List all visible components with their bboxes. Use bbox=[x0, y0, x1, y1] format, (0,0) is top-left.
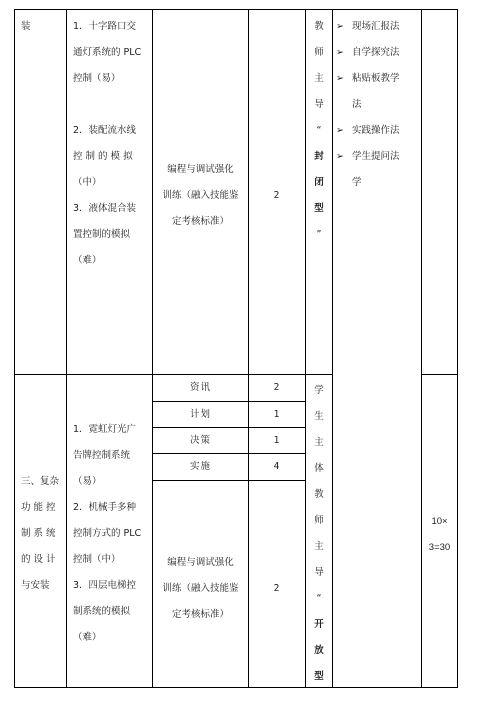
task-line: 控制（易） bbox=[73, 66, 151, 92]
mode-char: 学 bbox=[306, 378, 332, 404]
module-line: 制 系 统 bbox=[21, 521, 66, 547]
training-content: 编程与调试强化 训练（融入技能鉴 定考核标准） bbox=[153, 157, 248, 235]
arrow-bullet-icon: ➢ bbox=[336, 66, 352, 92]
task-line: （难） bbox=[73, 625, 151, 651]
method-item-cont: 法 bbox=[336, 92, 421, 118]
task-line: 控 制 的 模 拟 bbox=[73, 144, 151, 170]
task-line: 1．霓虹灯光广 bbox=[73, 417, 151, 443]
method-item: ➢现场汇报法 bbox=[336, 14, 421, 40]
total-hours: 10× 3=30 bbox=[422, 509, 457, 561]
arrow-bullet-icon: ➢ bbox=[336, 118, 352, 144]
module-name-tail: 装 bbox=[21, 14, 32, 40]
task-line: 制系统的模拟 bbox=[73, 599, 151, 625]
mode-char: 生 bbox=[306, 404, 332, 430]
task-line: 2．装配流水线 bbox=[73, 118, 151, 144]
task-line: 告牌控制系统 bbox=[73, 443, 151, 469]
col-line-1 bbox=[66, 9, 67, 688]
mode-char: 型 bbox=[306, 196, 332, 222]
training-line: 编程与调试强化 bbox=[153, 550, 248, 576]
task-list: 1．十字路口交 通灯系统的 PLC 控制（易） 2．装配流水线 控 制 的 模 … bbox=[73, 14, 151, 274]
method-item: ➢粘贴板教学 bbox=[336, 66, 421, 92]
phase-label: 实施 bbox=[153, 454, 248, 480]
task-line: （中） bbox=[73, 170, 151, 196]
phase-hours: 4 bbox=[249, 454, 305, 480]
task-line: （难） bbox=[73, 248, 151, 274]
task-line: 3．液体混合装 bbox=[73, 196, 151, 222]
training-hours: 2 bbox=[249, 183, 305, 209]
task-line: （易） bbox=[73, 469, 151, 495]
task-line: 3．四层电梯控 bbox=[73, 573, 151, 599]
mode-char: “ bbox=[306, 118, 332, 144]
task-line: 控制（中） bbox=[73, 547, 151, 573]
training-hours: 2 bbox=[249, 576, 305, 602]
teaching-methods-list: ➢现场汇报法 ➢自学探究法 ➢粘贴板教学 法 ➢实践操作法 ➢学生提问法 学 bbox=[336, 14, 421, 196]
training-line: 编程与调试强化 bbox=[153, 157, 248, 183]
training-content: 编程与调试强化 训练（融入技能鉴 定考核标准） bbox=[153, 550, 248, 628]
mode-char: 主 bbox=[306, 430, 332, 456]
task-list: 1．霓虹灯光广 告牌控制系统 （易） 2．机械手多种 控制方式的 PLC 控制（… bbox=[73, 417, 151, 651]
teaching-mode-vertical: 学 生 主 体 教 师 主 导 “ 开 放 型 bbox=[306, 378, 332, 690]
mode-char: 教 bbox=[306, 14, 332, 40]
module-line: 三、复杂 bbox=[21, 469, 66, 495]
task-line: 通灯系统的 PLC bbox=[73, 40, 151, 66]
mode-char: 师 bbox=[306, 508, 332, 534]
task-line: 2．机械手多种 bbox=[73, 495, 151, 521]
training-line: 训练（融入技能鉴 bbox=[153, 183, 248, 209]
row-divider-right bbox=[421, 374, 458, 375]
phase-hours: 1 bbox=[249, 402, 305, 428]
mode-char: 主 bbox=[306, 534, 332, 560]
module-line: 与安装 bbox=[21, 573, 66, 599]
module-line: 的 设 计 bbox=[21, 547, 66, 573]
phase-label: 计划 bbox=[153, 402, 248, 428]
total-line: 10× bbox=[422, 509, 457, 535]
total-line: 3=30 bbox=[422, 535, 457, 561]
mode-char: ” bbox=[306, 222, 332, 248]
table-border-bottom bbox=[14, 687, 458, 688]
arrow-bullet-icon: ➢ bbox=[336, 40, 352, 66]
module-line: 功 能 控 bbox=[21, 495, 66, 521]
mode-char: 封 bbox=[306, 144, 332, 170]
phase-hours: 1 bbox=[249, 428, 305, 454]
mode-char: 体 bbox=[306, 456, 332, 482]
training-line: 训练（融入技能鉴 bbox=[153, 576, 248, 602]
arrow-bullet-icon: ➢ bbox=[336, 14, 352, 40]
mode-char: 放 bbox=[306, 638, 332, 664]
col-line-7 bbox=[457, 9, 458, 688]
phase-divider bbox=[152, 480, 305, 481]
mode-char: 主 bbox=[306, 66, 332, 92]
col-line-5 bbox=[332, 9, 333, 688]
task-line: 1．十字路口交 bbox=[73, 14, 151, 40]
col-line-0 bbox=[14, 9, 15, 688]
mode-char: 型 bbox=[306, 664, 332, 690]
phase-hours: 2 bbox=[249, 375, 305, 401]
mode-char: 导 bbox=[306, 92, 332, 118]
mode-char: 教 bbox=[306, 482, 332, 508]
mode-char: “ bbox=[306, 586, 332, 612]
method-item: ➢自学探究法 bbox=[336, 40, 421, 66]
training-line: 定考核标准） bbox=[153, 209, 248, 235]
mode-char: 开 bbox=[306, 612, 332, 638]
table-border-top bbox=[14, 9, 458, 10]
mode-char: 导 bbox=[306, 560, 332, 586]
task-line: 控制方式的 PLC bbox=[73, 521, 151, 547]
phase-label: 资讯 bbox=[153, 375, 248, 401]
mode-char: 闭 bbox=[306, 170, 332, 196]
training-line: 定考核标准） bbox=[153, 602, 248, 628]
phase-label: 决策 bbox=[153, 428, 248, 454]
method-item: ➢实践操作法 bbox=[336, 118, 421, 144]
arrow-bullet-icon: ➢ bbox=[336, 144, 352, 170]
task-line: 置控制的模拟 bbox=[73, 222, 151, 248]
method-item-cont: 学 bbox=[336, 170, 421, 196]
module-name: 三、复杂 功 能 控 制 系 统 的 设 计 与安装 bbox=[21, 469, 66, 599]
mode-char: 师 bbox=[306, 40, 332, 66]
teaching-mode-vertical: 教 师 主 导 “ 封 闭 型 ” bbox=[306, 14, 332, 248]
method-item: ➢学生提问法 bbox=[336, 144, 421, 170]
col-line-6 bbox=[421, 9, 422, 688]
